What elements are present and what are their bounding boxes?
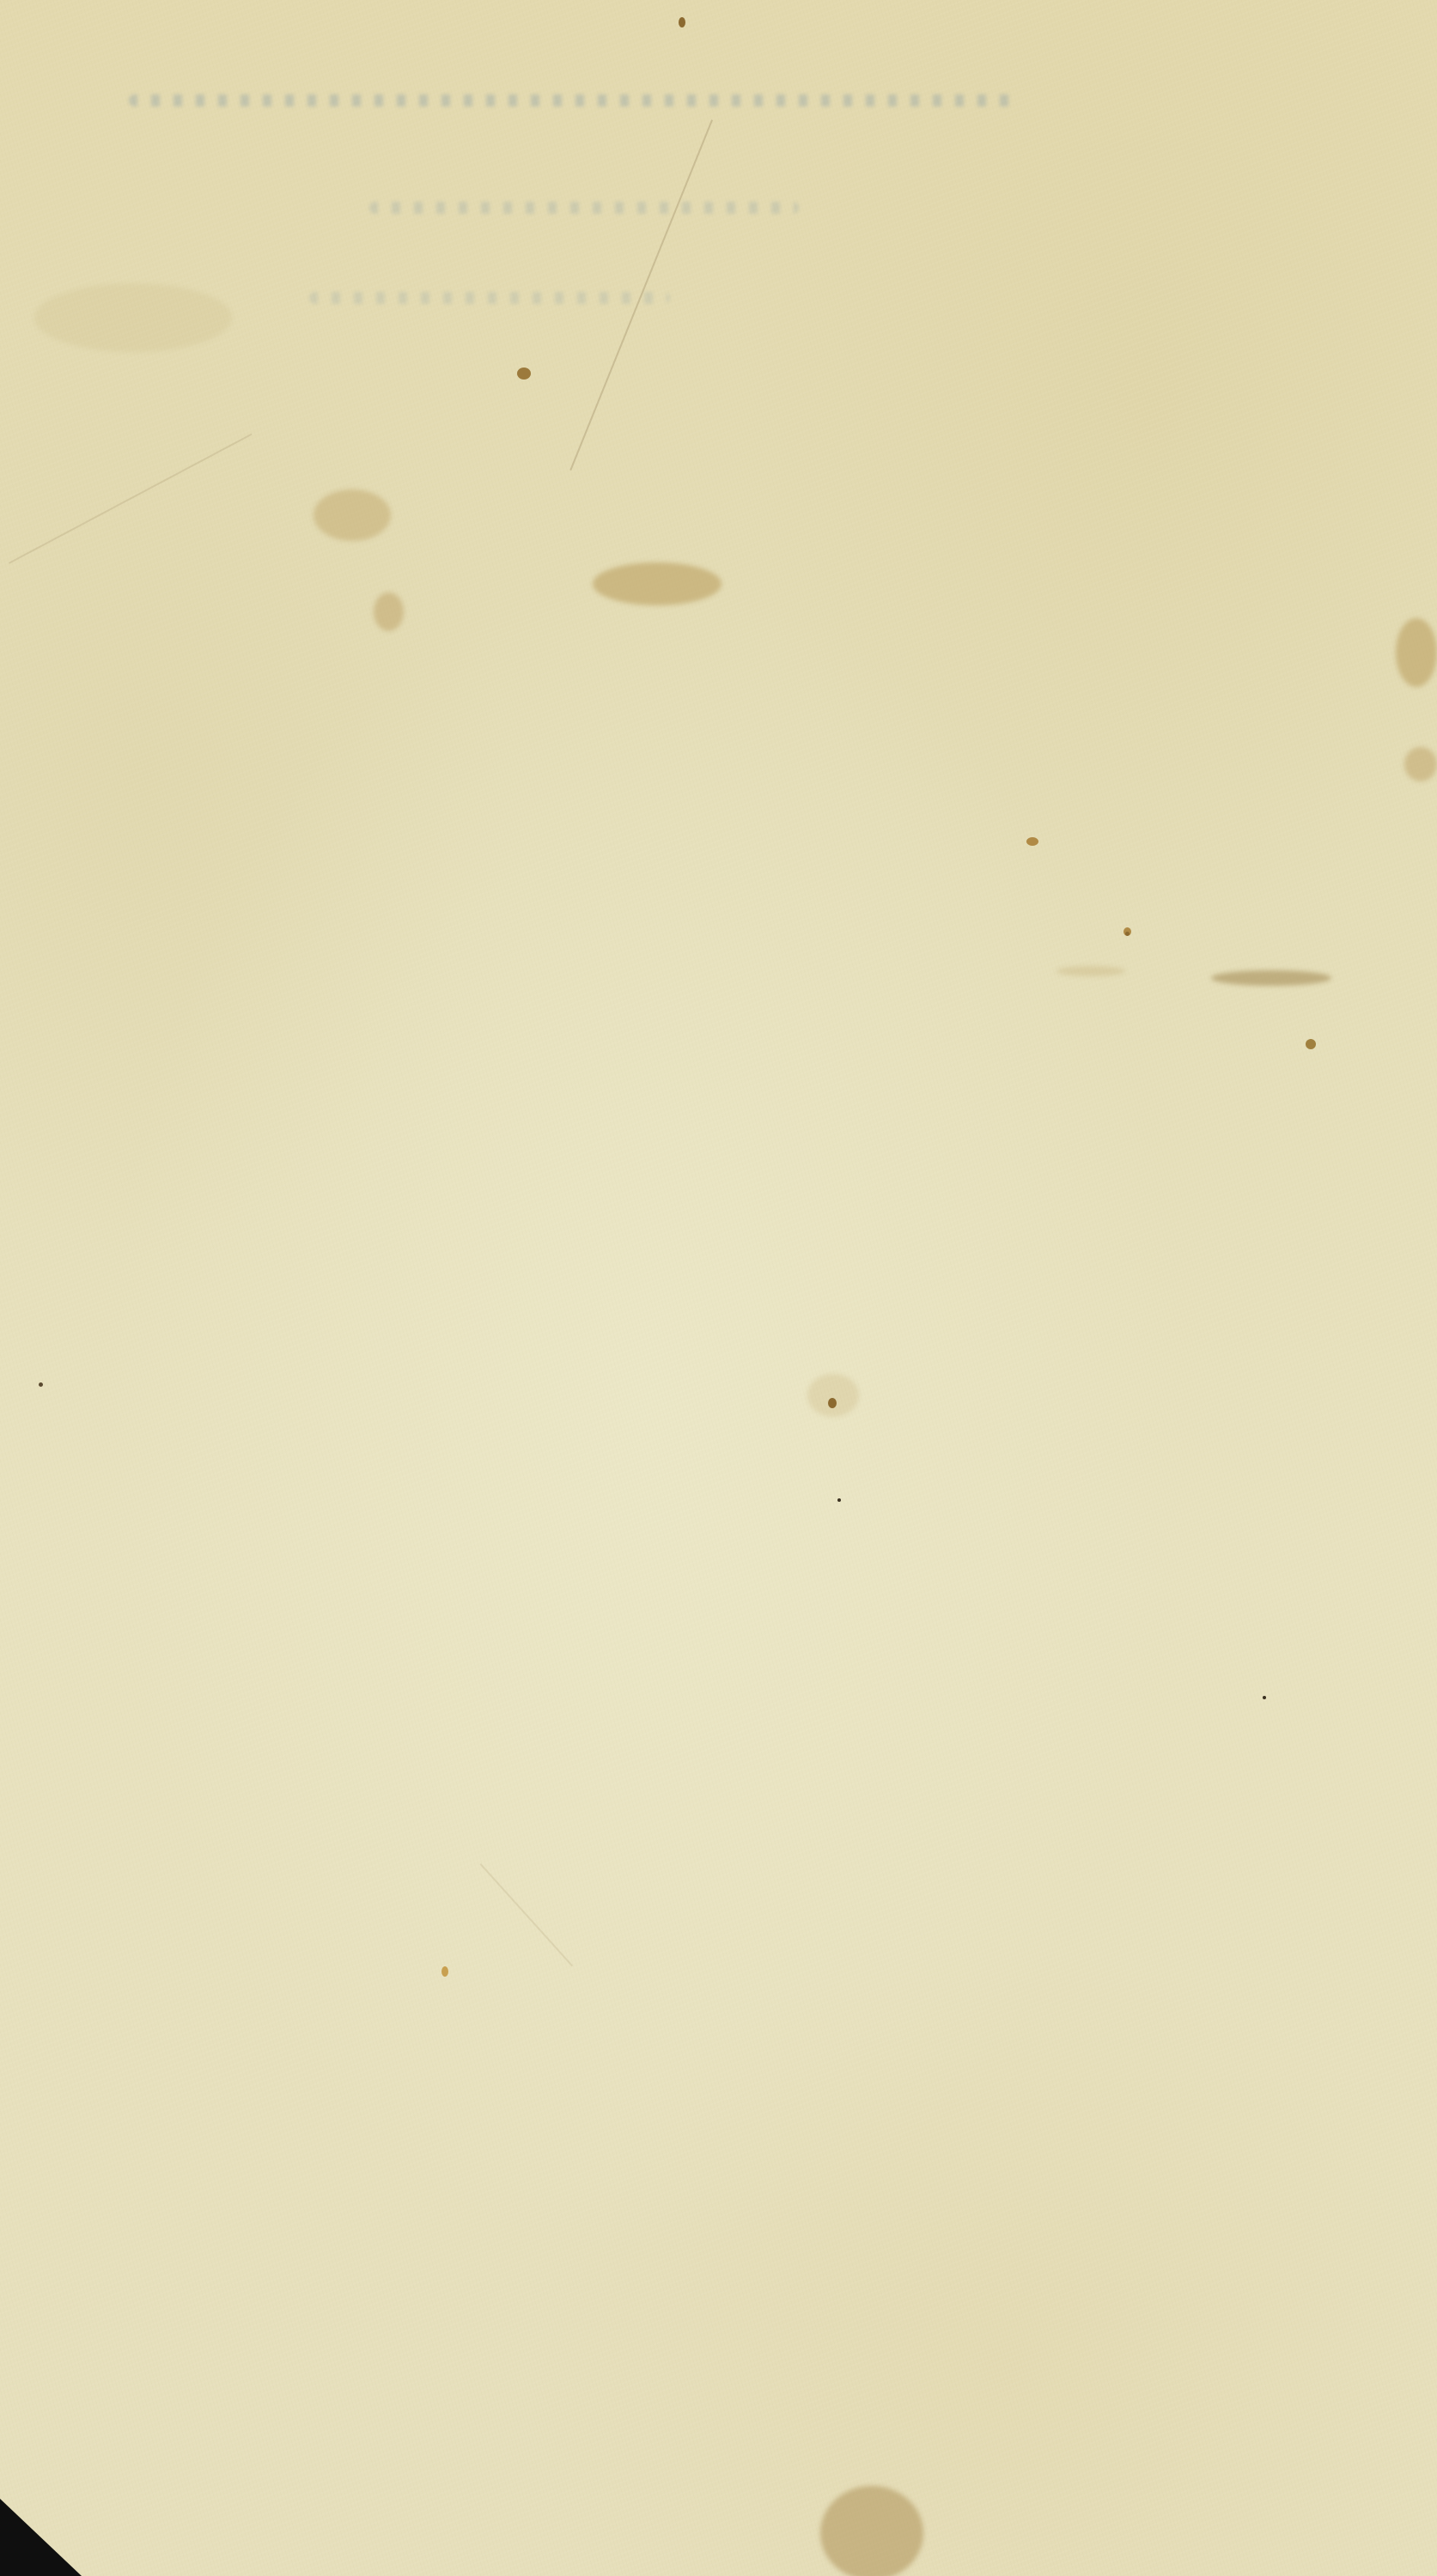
speck-7 xyxy=(441,1966,448,1977)
speck-10 xyxy=(39,1382,43,1387)
stain-right-edge-2 xyxy=(1404,747,1437,781)
speck-3 xyxy=(1026,837,1038,846)
speck-1 xyxy=(517,368,531,380)
stain-right-streak-faint xyxy=(1056,966,1125,976)
scan-background-corner xyxy=(0,2499,82,2576)
speck-9 xyxy=(1263,1696,1266,1699)
speck-8 xyxy=(837,1498,841,1502)
speck-5 xyxy=(1306,1039,1316,1049)
stain-left-top xyxy=(314,489,391,541)
bleed-through-line-3 xyxy=(309,292,670,304)
stain-center xyxy=(807,1374,859,1417)
stain-right-streak xyxy=(1211,970,1331,986)
stain-right-edge-1 xyxy=(1396,618,1437,687)
stain-bottom xyxy=(820,2486,923,2576)
stain-small-left xyxy=(374,592,404,631)
paper-texture xyxy=(0,0,1437,2576)
scanned-page xyxy=(0,0,1437,2576)
stain-center-top xyxy=(593,562,722,605)
bleed-through-line-1 xyxy=(129,94,1014,106)
speck-11 xyxy=(1125,932,1130,936)
stain-upper-left-band xyxy=(34,283,232,352)
bleed-through-line-2 xyxy=(369,202,799,214)
speck-6 xyxy=(828,1398,837,1408)
speck-2 xyxy=(679,17,685,27)
